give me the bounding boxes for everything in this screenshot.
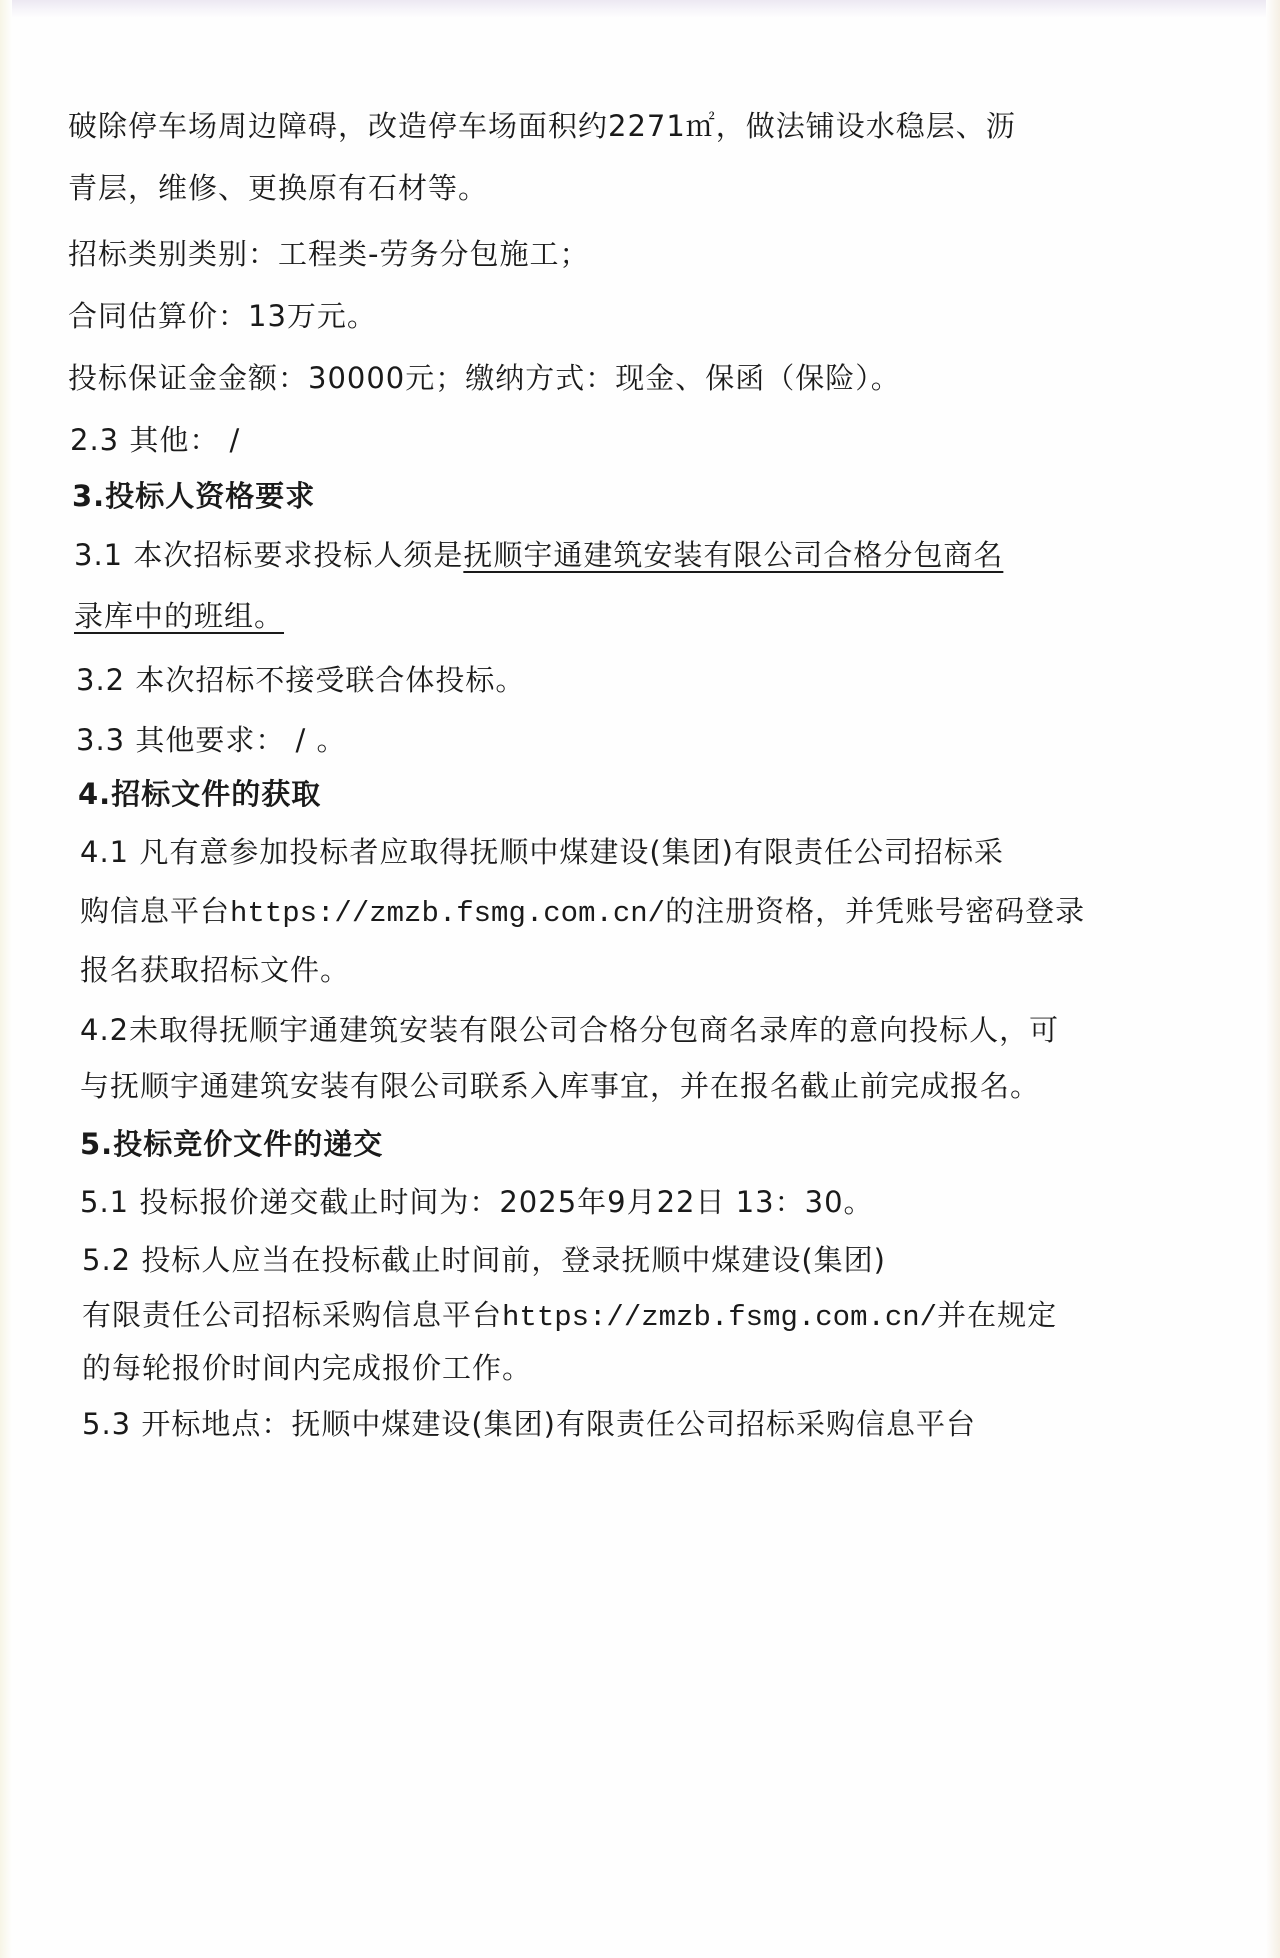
- project-scope-text: 破除停车场周边障碍，改造停车场面积约2271㎡，做法铺设水稳层、沥: [68, 108, 1016, 144]
- section-3-1-text: 3.1 本次招标要求投标人须是: [74, 538, 463, 572]
- qualified-subcontractor-underlined: 抚顺宇通建筑安装有限公司合格分包商名: [463, 538, 1003, 572]
- section-5-1-deadline: 5.1 投标报价递交截止时间为：2025年9月22日 13：30。: [80, 1184, 874, 1220]
- section-2-3-other: 2.3 其他： /: [70, 422, 240, 458]
- section-4-1-text: 购信息平台: [80, 894, 230, 928]
- section-4-2: 4.2未取得抚顺宇通建筑安装有限公司合格分包商名录库的意向投标人，可: [80, 1012, 1059, 1048]
- tender-category: 招标类别类别：工程类-劳务分包施工；: [68, 236, 589, 272]
- section-4-1-cont: 购信息平台https://zmzb.fsmg.com.cn/的注册资格，并凭账号…: [80, 893, 1085, 932]
- scan-left-edge: [0, 0, 12, 1958]
- section-5-2-text: 有限责任公司招标采购信息平台: [82, 1298, 502, 1332]
- section-5-2-text-cont: 并在规定: [937, 1298, 1057, 1332]
- section-4-1: 4.1 凡有意参加投标者应取得抚顺中煤建设(集团)有限责任公司招标采: [80, 834, 1004, 870]
- contract-estimate: 合同估算价：13万元。: [68, 298, 377, 334]
- section-3-3: 3.3 其他要求： / 。: [76, 722, 347, 758]
- bid-bond: 投标保证金金额：30000元；缴纳方式：现金、保函（保险）。: [68, 360, 901, 396]
- section-5-heading: 5.投标竞价文件的递交: [80, 1126, 383, 1162]
- section-3-2: 3.2 本次招标不接受联合体投标。: [76, 662, 525, 698]
- section-5-2-end: 的每轮报价时间内完成报价工作。: [82, 1350, 532, 1386]
- section-5-2-cont: 有限责任公司招标采购信息平台https://zmzb.fsmg.com.cn/并…: [82, 1297, 1057, 1336]
- section-5-3-location: 5.3 开标地点：抚顺中煤建设(集团)有限责任公司招标采购信息平台: [82, 1406, 976, 1442]
- section-3-1: 3.1 本次招标要求投标人须是抚顺宇通建筑安装有限公司合格分包商名: [74, 537, 1003, 573]
- section-3-1-cont: 录库中的班组。: [74, 598, 284, 634]
- section-4-1-text-cont: 的注册资格，并凭账号密码登录: [665, 894, 1085, 928]
- section-4-2-cont: 与抚顺宇通建筑安装有限公司联系入库事宜，并在报名截止前完成报名。: [80, 1068, 1040, 1104]
- scan-top-edge: [0, 0, 1280, 18]
- section-3-heading: 3.投标人资格要求: [72, 478, 315, 514]
- qualified-subcontractor-underlined-cont: 录库中的班组。: [74, 599, 284, 633]
- scan-right-edge: [1266, 0, 1280, 1958]
- platform-url-link-2[interactable]: https://zmzb.fsmg.com.cn/: [502, 1301, 937, 1334]
- section-4-heading: 4.招标文件的获取: [78, 776, 321, 812]
- section-5-2: 5.2 投标人应当在投标截止时间前，登录抚顺中煤建设(集团): [82, 1242, 886, 1278]
- platform-url-link[interactable]: https://zmzb.fsmg.com.cn/: [230, 897, 665, 930]
- section-4-1-end: 报名获取招标文件。: [80, 952, 350, 988]
- project-scope-text-cont: 青层，维修、更换原有石材等。: [68, 170, 488, 206]
